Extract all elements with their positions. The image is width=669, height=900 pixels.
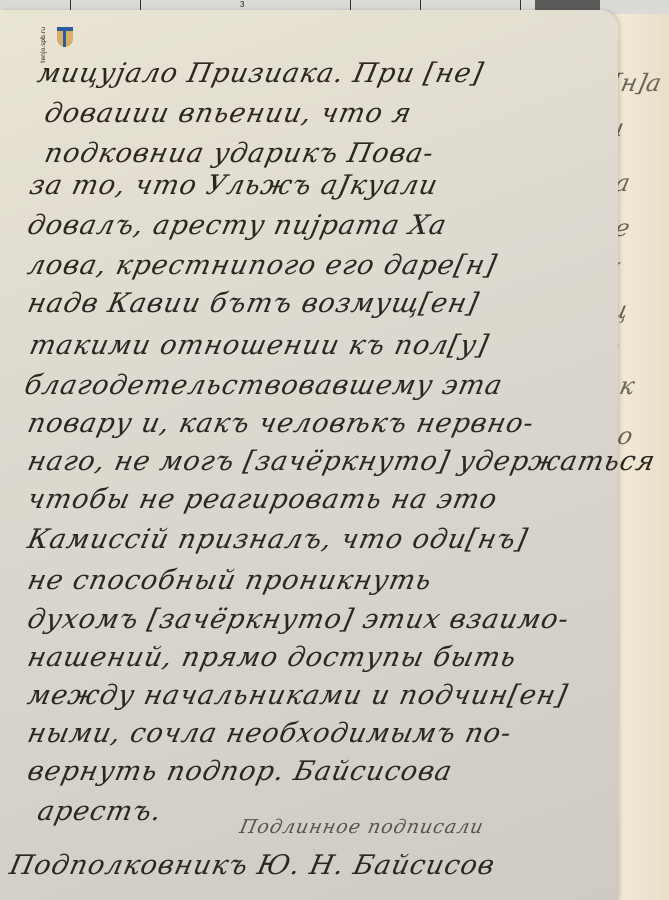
grid-line — [70, 0, 71, 10]
manuscript-line: мицуjало Призиака. При [не] — [35, 58, 487, 89]
manuscript-line: повару и, какъ человѣкъ нервно- — [25, 408, 537, 439]
manuscript-line: доваиии впьении, что я — [42, 98, 415, 129]
grid-line — [140, 0, 141, 10]
manuscript-line: арестъ. — [35, 796, 165, 827]
grid-line — [420, 0, 421, 10]
manuscript-line: духомъ [зачёркнуто] этих взаимо- — [25, 604, 572, 635]
dark-object — [535, 0, 600, 10]
manuscript-line: нашений, прямо доступы быть — [25, 642, 520, 673]
manuscript-line: не способный проникнуть — [25, 565, 435, 596]
manuscript-line: за то, что Ульжъ аЈкуали — [27, 170, 441, 201]
shield-icon — [57, 27, 73, 47]
signature-note: Подлинное подписали — [238, 816, 486, 838]
signature-line: Подполковникъ Ю. Н. Байсисов — [7, 850, 498, 881]
page-number: 3 — [240, 0, 244, 9]
manuscript-line: Камиссій призналъ, что оди[нъ] — [25, 524, 531, 555]
manuscript-line: такими отношении къ пол[у] — [27, 330, 492, 361]
manuscript-line: надв Кавии бътъ возмущ[ен] — [25, 288, 482, 319]
grid-line — [520, 0, 521, 10]
manuscript-line: ными, сочла необходимымъ по- — [25, 718, 515, 749]
manuscript-line: довалъ, арестy пиjрата Ха — [25, 210, 450, 241]
margin-text: к — [617, 372, 637, 400]
grid-line — [350, 0, 351, 10]
manuscript-line: благодетельствовавшему эта — [22, 370, 506, 401]
manuscript-line: вернуть подпор. Байсисова — [25, 756, 456, 787]
manuscript-line: наго, не могъ [зачёркнуто] удержаться — [25, 446, 659, 477]
manuscript-line: подковниа ударикъ Пова- — [42, 138, 437, 169]
watermark-logo: tenjo.spb.ru — [40, 25, 90, 57]
manuscript-line: лова, крестнипого его даре[н] — [25, 250, 500, 281]
manuscript-line: чтобы не реагировать на это — [25, 484, 501, 515]
manuscript-line: между начальниками и подчин[ен] — [25, 680, 571, 711]
manuscript-page: tenjo.spb.ru мицуjало Призиака. При [не]… — [0, 10, 618, 900]
